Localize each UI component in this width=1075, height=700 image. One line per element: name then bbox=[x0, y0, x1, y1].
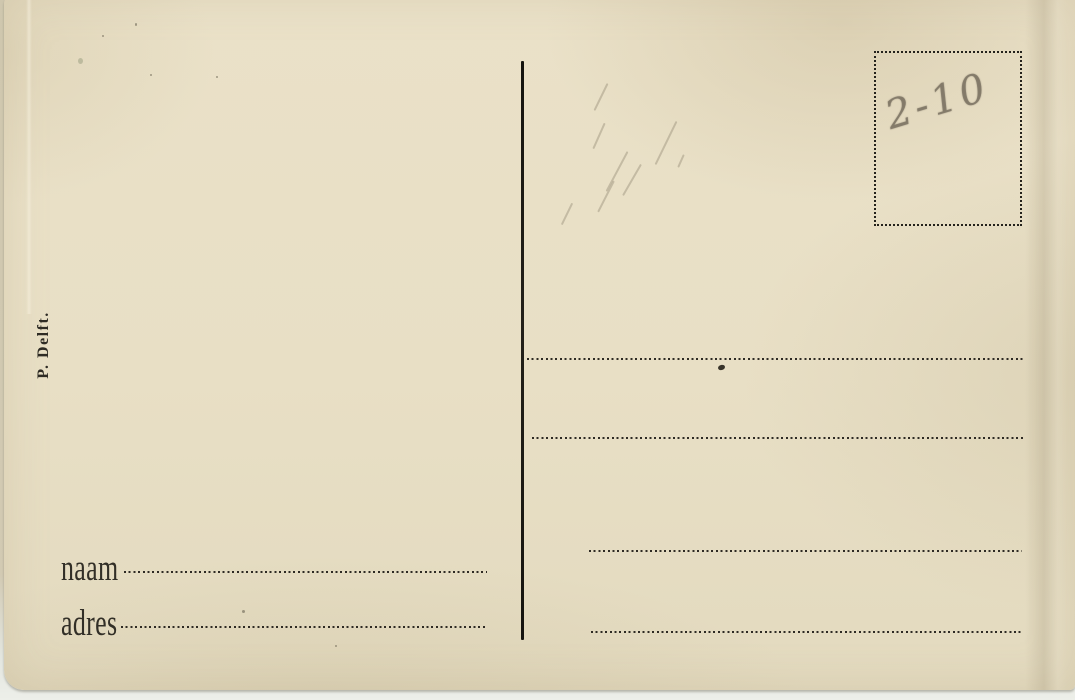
ink-speck bbox=[150, 74, 152, 76]
pencil-stroke bbox=[677, 154, 685, 168]
recipient-dotted-line-2 bbox=[532, 437, 1024, 439]
pencil-stroke bbox=[655, 121, 678, 165]
name-label: naam bbox=[61, 550, 118, 588]
scan-background: P. Delft. 2-10 naam adres bbox=[0, 0, 1075, 700]
recipient-dotted-line-1 bbox=[527, 358, 1024, 360]
pencil-stroke bbox=[597, 180, 615, 212]
pencil-stroke bbox=[594, 83, 609, 111]
center-divider-line bbox=[521, 61, 524, 640]
paper-crease-left bbox=[26, 0, 32, 314]
pencil-stroke bbox=[592, 123, 605, 149]
pencil-stroke bbox=[622, 164, 642, 196]
ink-blot bbox=[718, 364, 726, 370]
paper-crease-right bbox=[1025, 0, 1067, 690]
stamp-box: 2-10 bbox=[874, 51, 1022, 226]
ink-speck bbox=[135, 23, 137, 26]
ink-speck bbox=[242, 610, 245, 613]
address-dotted-line bbox=[121, 626, 487, 628]
publisher-imprint: P. Delft. bbox=[35, 290, 53, 400]
stain-speck bbox=[78, 58, 83, 64]
name-dotted-line bbox=[124, 571, 487, 573]
ink-speck bbox=[102, 35, 104, 37]
recipient-dotted-line-3 bbox=[589, 550, 1022, 552]
pencil-price-mark: 2-10 bbox=[880, 57, 1018, 139]
ink-speck bbox=[216, 76, 218, 78]
postcard-back: P. Delft. 2-10 naam adres bbox=[4, 0, 1075, 690]
address-label: adres bbox=[61, 605, 117, 643]
pencil-stroke bbox=[561, 203, 573, 226]
recipient-dotted-line-4 bbox=[591, 631, 1022, 633]
ink-speck bbox=[335, 645, 337, 647]
